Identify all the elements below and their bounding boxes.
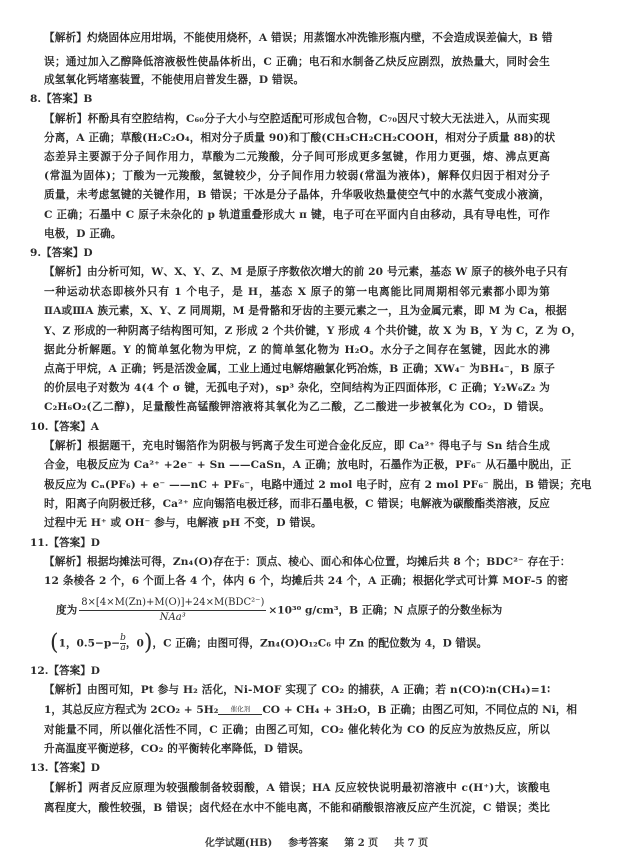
- q8-analysis-line: C 正确；石墨中 C 原子未杂化的 p 轨道重叠形成大 π 键，电子可在平面内自…: [44, 208, 550, 222]
- q8-answer: 8.【答案】B: [30, 92, 92, 106]
- footer-total: 共 7 页: [394, 838, 428, 849]
- q9-analysis-line: 一种运动状态即核外只有 1 个电子，是 H，基态 X 原子的第一电离能比同周期相…: [44, 285, 550, 299]
- answer-label: 【答案】D: [48, 762, 100, 774]
- density-formula-line: 度为8×[4×M(Zn)+M(O)]+24×M(BDC²⁻)NAa³×10³⁰ …: [56, 596, 562, 625]
- footer-page: 第 2 页: [344, 838, 378, 849]
- q10-analysis-line: 合金，电极反应为 Ca²⁺ +2e⁻ + Sn ——CaSn，A 正确；放电时，…: [44, 458, 550, 472]
- q13-analysis-line: 【解析】两者反应原理为较强酸制备较弱酸，A 错误；HA 反应较快说明最初溶液中 …: [44, 781, 550, 795]
- page-footer: 化学试题(HB)参考答案第 2 页共 7 页: [0, 838, 633, 850]
- q9-answer: 9.【答案】D: [30, 246, 93, 260]
- q8-analysis-line: 分离，A 正确；草酸(H₂C₂O₄，相对分子质量 90)和丁酸(CH₃CH₂CH…: [44, 131, 550, 145]
- q10-analysis-line: 过程中无 H⁺ 或 OH⁻ 参与，电解液 pH 不变，D 错误。: [44, 516, 550, 530]
- q9-analysis-line: Y、Z 形成的一种阴离子结构图可知，Z 形成 2 个共价键，Y 形成 4 个共价…: [44, 324, 550, 338]
- question-number: 9.: [30, 247, 41, 259]
- density-denominator: NAa³: [79, 611, 266, 625]
- q8-analysis-line: (常温为固体)；丁酸为一元羧酸，氢键较少，分子间作用力较弱(常温为液体)，解释仅…: [44, 169, 550, 183]
- coord-before: 1，0.5−p−: [59, 638, 121, 650]
- q12-answer: 12.【答案】D: [30, 664, 100, 678]
- q9-analysis-line: 的价层电子对数为 4(4 个 σ 键，无孤电子对)，sp³ 杂化，空间结构为正四…: [44, 381, 550, 395]
- equation-before: 1，其总反应方程式为 2CO₂ + 5H₂: [44, 704, 218, 716]
- q10-answer: 10.【答案】A: [30, 420, 99, 434]
- question-number: 11.: [30, 537, 48, 549]
- equation-after: CO + CH₄ + 3H₂O，B 正确；由图乙可知，不同位点的 Ni，相: [262, 704, 577, 716]
- answer-label: 【答案】D: [48, 537, 100, 549]
- catalyst-arrow: 催化剂: [218, 706, 262, 715]
- q8-analysis-line: 态差异主要源于分子间作用力，草酸为二元羧酸，分子间可形成更多氢键，作用力更强，熔…: [44, 150, 550, 164]
- document-page: 【解析】灼烧固体应用坩埚，不能使用烧杯，A 错误；用蒸馏水冲洗锥形瓶内壁，不会造…: [0, 0, 633, 855]
- q9-analysis-line: 据此分析解题。Y 的简单氢化物为甲烷，Z 的简单氢化物为 H₂O。水分子之间存在…: [44, 343, 550, 357]
- q10-analysis-line: 时，阳离子向阴极迁移，Ca²⁺ 应向锡箔电极迁移，而非石墨电极，C 错误；电解液…: [44, 497, 550, 511]
- density-suffix: ×10³⁰ g/cm³，B 正确；N 点原子的分数坐标为: [268, 605, 502, 617]
- q11-answer: 11.【答案】D: [30, 536, 100, 550]
- q11-analysis-line: 【解析】根据均摊法可得，Zn₄(O)存在于：顶点、棱心、面心和体心位置，均摊后共…: [44, 555, 550, 569]
- question-number: 12.: [30, 665, 48, 677]
- q9-analysis-line: 点高于甲烷，A 正确；钙是活泼金属，工业上通过电解熔融氯化钙冶炼，B 正确；XW…: [44, 362, 550, 376]
- question-number: 10.: [30, 421, 48, 433]
- coord-after: ，0: [126, 638, 144, 650]
- q7-analysis-line: 成氢氧化钙堵塞装置，不能使用启普发生器，D 错误。: [44, 73, 550, 87]
- q12-analysis-line: 【解析】由图可知，Pt 参与 H₂ 活化，Ni-MOF 实现了 CO₂ 的捕获，…: [44, 683, 550, 697]
- footer-type: 参考答案: [288, 838, 328, 849]
- q7-analysis-line: 误；通过加入乙醇降低溶液极性使晶体析出，C 正确；电石和水制备乙炔反应剧烈，放热…: [44, 55, 550, 69]
- density-numerator: 8×[4×M(Zn)+M(O)]+24×M(BDC²⁻): [79, 596, 266, 611]
- q13-answer: 13.【答案】D: [30, 761, 100, 775]
- answer-label: 【答案】D: [41, 247, 93, 259]
- density-prefix: 度为: [56, 605, 77, 617]
- density-fraction: 8×[4×M(Zn)+M(O)]+24×M(BDC²⁻)NAa³: [79, 596, 266, 625]
- q12-analysis-line: 升高温度平衡逆移，CO₂ 的平衡转化率降低，D 错误。: [44, 742, 550, 756]
- q9-analysis-line: ⅡA或ⅢA 族元素，X、Y、Z 同周期，M 是骨骼和牙齿的主要元素之一，且为金属…: [44, 304, 550, 318]
- q8-analysis-line: 【解析】杯酚具有空腔结构，C₆₀分子大小与空腔适配可形成包合物，C₇₀因尺寸较大…: [44, 112, 550, 126]
- q11-analysis-line: 12 条棱各 2 个，6 个面上各 4 个，体内 6 个，均摊后共 24 个，A…: [44, 574, 550, 588]
- coord-tail: ，C 正确；由图可得，Zn₄(O)O₁₂C₆ 中 Zn 的配位数为 4，D 错误…: [152, 638, 487, 650]
- catalyst-label: 催化剂: [218, 706, 262, 713]
- footer-subject: 化学试题(HB): [205, 838, 272, 849]
- q12-equation-line: 1，其总反应方程式为 2CO₂ + 5H₂催化剂CO + CH₄ + 3H₂O，…: [44, 703, 550, 717]
- q8-analysis-line: 电极，D 正确。: [44, 227, 550, 241]
- q10-analysis-line: 极反应为 Cₙ(PF₆) + e⁻ ——nC + PF₆⁻，电路中通过 2 mo…: [44, 478, 550, 492]
- q7-analysis-line: 【解析】灼烧固体应用坩埚，不能使用烧杯，A 错误；用蒸馏水冲洗锥形瓶内壁，不会造…: [44, 31, 550, 45]
- answer-label: 【答案】D: [48, 665, 100, 677]
- open-paren: (: [50, 631, 59, 656]
- q12-analysis-line: 对能量不同，所以催化活性不同，C 正确；由图乙可知，CO₂ 催化转化为 CO 的…: [44, 723, 550, 737]
- question-number: 13.: [30, 762, 48, 774]
- q8-analysis-line: 质量，未考虑氢键的关键作用，B 错误；干冰是分子晶体，升华吸收热量使空气中的水蒸…: [44, 188, 550, 202]
- answer-label: 【答案】A: [48, 421, 99, 433]
- q10-analysis-line: 【解析】根据题干，充电时锡箔作为阴极与钙离子发生可逆合金化反应，即 Ca²⁺ 得…: [44, 439, 550, 453]
- answer-label: 【答案】B: [41, 93, 92, 105]
- q13-analysis-line: 离程度大，酸性较强，B 错误；卤代烃在水中不能电离，不能和硝酸银溶液反应产生沉淀…: [44, 801, 550, 815]
- q9-analysis-line: C₂H₆O₂(乙二醇)，足量酸性高锰酸钾溶液将其氧化为乙二酸，乙二酸进一步被氧化…: [44, 400, 550, 414]
- question-number: 8.: [30, 93, 41, 105]
- q9-analysis-line: 【解析】由分析可知，W、X、Y、Z、M 是原子序数依次增大的前 20 号元素，基…: [44, 265, 550, 279]
- coordinate-line: (1，0.5−p−ba，0)，C 正确；由图可得，Zn₄(O)O₁₂C₆ 中 Z…: [50, 634, 556, 653]
